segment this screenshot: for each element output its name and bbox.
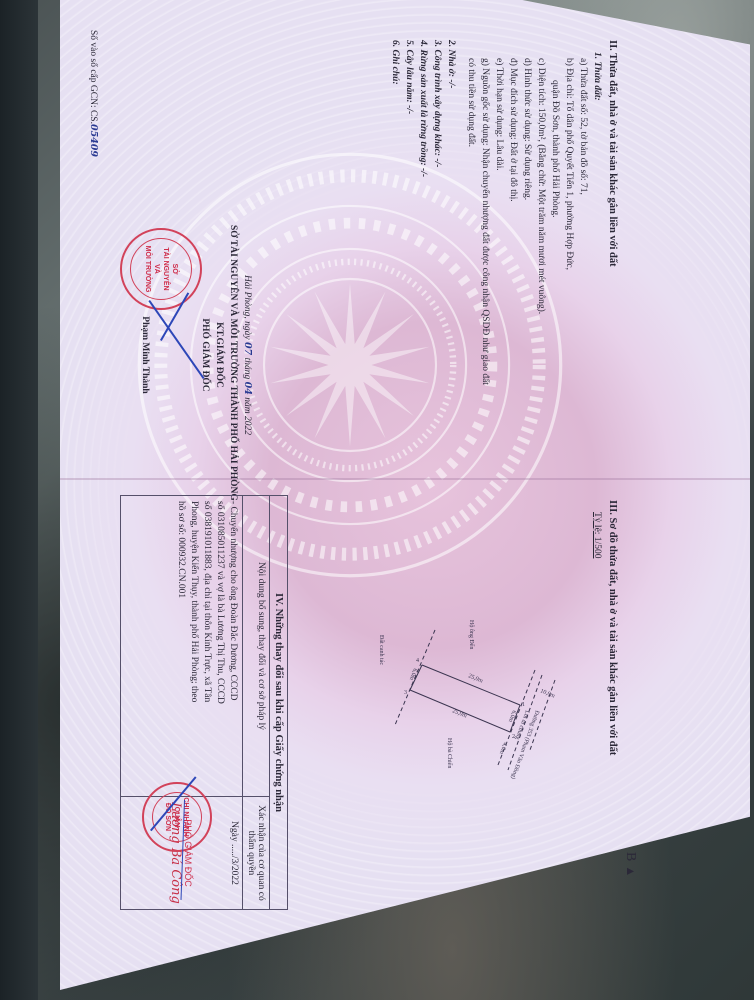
point-1: 1 [522, 702, 525, 708]
changes-table: IV. Những thay đổi sau khi cấp Giấy chứn… [120, 495, 288, 910]
house-item: 2. Nhà ở: -/- [444, 40, 458, 480]
change-line: số 038191011883, địa chỉ tại thôn Kính T… [200, 501, 213, 791]
seal-line: QUẬN [173, 807, 182, 828]
issue-month-label: tháng [242, 358, 252, 380]
seal-line: VÀ [152, 264, 161, 274]
planted-forest-item: 4. Rừng sản xuất là rừng trồng: -/- [416, 40, 430, 480]
left-boundary: Đất canh tác [380, 635, 385, 665]
registry-label: Số vào sổ cấp GCN: CS. [88, 30, 98, 124]
plan-scale: Tỷ lệ: 1/500 [590, 500, 604, 940]
issue-month: 04 [242, 382, 253, 395]
official-seal-left: SỞ TÀI NGUYÊN VÀ MÔI TRƯỜNG [120, 228, 202, 310]
change-line: số 031085011237 và vợ là bà Lương Thị Th… [213, 501, 226, 791]
address-line-1: b) Địa chỉ: Tổ dân phố Quyết Tiến 1, phư… [562, 40, 576, 480]
section2-sub1-title: 1. Thửa đất: [590, 40, 604, 480]
north-arrow-icon: ▲ [624, 865, 638, 877]
usage-form: d) Hình thức sử dụng: Sử dụng riêng. [520, 40, 534, 480]
on-behalf-of: KT.GIÁM ĐỐC [212, 225, 226, 485]
parcel-plan: Hộ ông Đến Đất canh tác Hộ bà Chiến 25,0… [380, 560, 560, 800]
issuing-authority: SỞ TÀI NGUYÊN VÀ MÔI TRƯỜNG THÀNH PHỐ HẢ… [226, 225, 240, 485]
dim-road: 10,0m [539, 688, 556, 699]
change-line: - Chuyển nhượng cho ông Đoàn Đắc Dương, … [226, 501, 239, 791]
section2-title: II. Thửa đất, nhà ở và tài sản khác gắn … [604, 40, 620, 480]
registry-value: 05409 [88, 124, 99, 157]
neighbor-bottom: Hộ bà Chiến [446, 738, 453, 768]
registry-number: Số vào sổ cấp GCN: CS.05409 [86, 30, 104, 157]
dim-bottom: 25,0m [451, 708, 468, 719]
section3-title: III. Sơ đồ thửa đất, nhà ở và tài sản kh… [604, 500, 620, 940]
change-line: hồ sơ số: 000932.CN.001 [174, 501, 187, 791]
point-3: 3 [404, 690, 407, 696]
usage-purpose: đ) Mục đích sử dụng: Đất ở tại đô thị. [506, 40, 520, 480]
notes-item: 6. Ghi chú: [388, 40, 402, 480]
address-line-2: quận Đồ Sơn, thành phố Hải Phòng. [548, 40, 562, 480]
confirm-date: Ngày ...../3/2022 [229, 802, 239, 904]
north-label: B [623, 852, 638, 861]
seal-line: MÔI TRƯỜNG [143, 246, 152, 293]
dim-setback: 4,0m [498, 741, 508, 755]
usage-origin-1: g) Nguồn gốc sử dụng: Nhận chuyển nhượng… [478, 40, 492, 480]
parcel-number: a) Thửa đất số: 52, tờ bản đồ số: 71, [576, 40, 590, 480]
left-page: II. Thửa đất, nhà ở và tài sản khác gắn … [388, 40, 620, 480]
issue-day: 07 [242, 342, 253, 355]
seal-line: TÀI NGUYÊN [161, 247, 170, 290]
col-content-header: Nội dung bổ sung, thay đổi và cơ sở pháp… [243, 496, 270, 797]
north-arrow: B ▲ [622, 852, 640, 877]
issue-year: năm 2022 [242, 397, 252, 435]
section4-title: IV. Những thay đổi sau khi cấp Giấy chứn… [270, 496, 288, 910]
usage-origin-2: có thu tiền sử dụng đất. [464, 40, 478, 480]
perennial-tree-item: 5. Cây lâu năm: -/- [402, 40, 416, 480]
other-construction-item: 3. Công trình xây dựng khác: -/- [430, 40, 444, 480]
neighbor-top: Hộ ông Đến [468, 620, 475, 649]
change-line: Phong, huyện Kiến Thụy, thành phố Hải Ph… [187, 501, 200, 791]
table-edge [0, 0, 38, 1000]
area: c) Diện tích: 150,0m², (Bằng chữ: Một tr… [534, 40, 548, 480]
point-4: 4 [416, 658, 419, 664]
usage-term: e) Thời hạn sử dụng: Lâu dài. [492, 40, 506, 480]
official-seal-right: CHI NHÁNH QUẬN ĐỒ SƠN [142, 782, 212, 852]
dim-right: 6,0m [507, 709, 517, 723]
col-confirm-header: Xác nhận của cơ quan có thẩm quyền [243, 797, 270, 910]
seal-line: SỞ [170, 264, 179, 275]
section3-header: III. Sơ đồ thửa đất, nhà ở và tài sản kh… [590, 500, 620, 940]
issue-place-prefix: Hải Phòng, ngày [242, 275, 252, 340]
dim-top: 25,0m [467, 673, 484, 684]
dim-left: 6,0m [408, 667, 418, 681]
